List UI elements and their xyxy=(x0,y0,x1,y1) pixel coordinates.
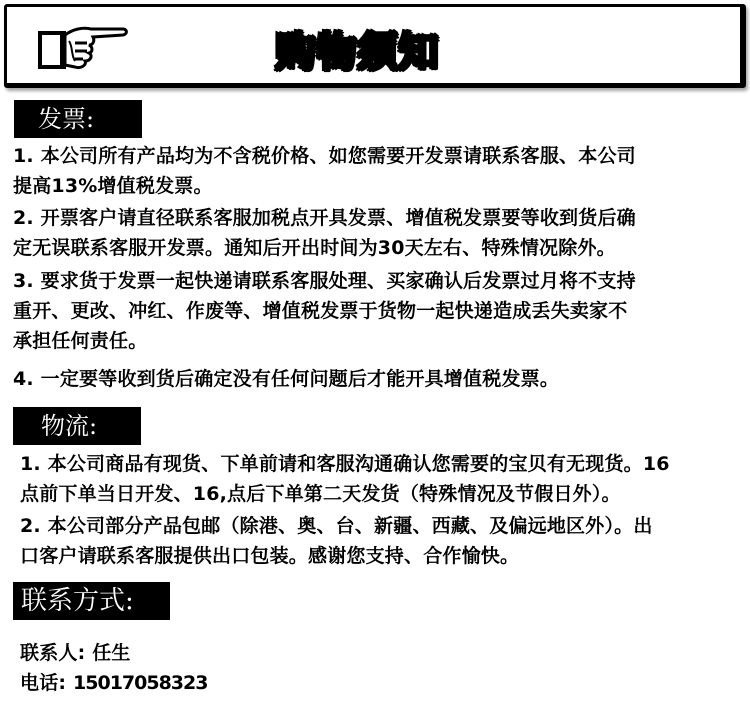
page-title: 购物须知 xyxy=(275,20,439,77)
contact-phone-value: 15017058323 xyxy=(73,672,207,694)
invoice-line: 4. 一定要等收到货后确定没有任何问题后才能开具增值税发票。 xyxy=(13,366,559,392)
logistics-line: 点前下单当日开发、16,点后下单第二天发货（特殊情况及节假日外）。 xyxy=(20,481,621,507)
pointing-hand-icon xyxy=(35,21,135,71)
logistics-line: 2. 本公司部分产品包邮（除港、奥、台、新疆、西藏、及偏远地区外）。出 xyxy=(20,513,653,539)
section-heading-contact: 联系方式: xyxy=(13,582,170,620)
invoice-line: 2. 开票客户请直径联系客服加税点开具发票、增值税发票要等收到货后确 xyxy=(13,205,636,231)
logistics-line: 1. 本公司商品有现货、下单前请和客服沟通确认您需要的宝贝有无现货。16 xyxy=(20,451,670,477)
invoice-line: 1. 本公司所有产品均为不含税价格、如您需要开发票请联系客服、本公司 xyxy=(13,143,636,169)
section-heading-logistics: 物流: xyxy=(13,407,141,445)
invoice-line: 承担任何责任。 xyxy=(13,328,147,354)
invoice-line: 重开、更改、冲红、作废等、增值税发票于货物一起快递造成丢失卖家不 xyxy=(13,298,627,324)
invoice-line: 提高13%增值税发票。 xyxy=(13,173,213,199)
logistics-heading-text: 物流: xyxy=(41,412,97,440)
header-banner: 购物须知 xyxy=(4,4,746,88)
invoice-heading-text: 发票: xyxy=(38,105,94,133)
section-heading-invoice: 发票: xyxy=(14,100,142,138)
contact-person: 联系人: 任生 xyxy=(20,640,131,666)
logistics-line: 口客户请联系客服提供出口包装。感谢您支持、合作愉快。 xyxy=(20,543,519,569)
contact-phone: 电话: 15017058323 xyxy=(20,670,207,696)
contact-phone-label: 电话: xyxy=(20,672,66,694)
invoice-line: 定无误联系客服开发票。通知后开出时间为30天左右、特殊情况除外。 xyxy=(13,235,616,261)
contact-person-label: 联系人: xyxy=(20,642,85,664)
contact-person-value: 任生 xyxy=(92,642,130,664)
contact-heading-text: 联系方式: xyxy=(21,586,134,616)
invoice-line: 3. 要求货于发票一起快递请联系客服处理、买家确认后发票过月将不支持 xyxy=(13,268,636,294)
